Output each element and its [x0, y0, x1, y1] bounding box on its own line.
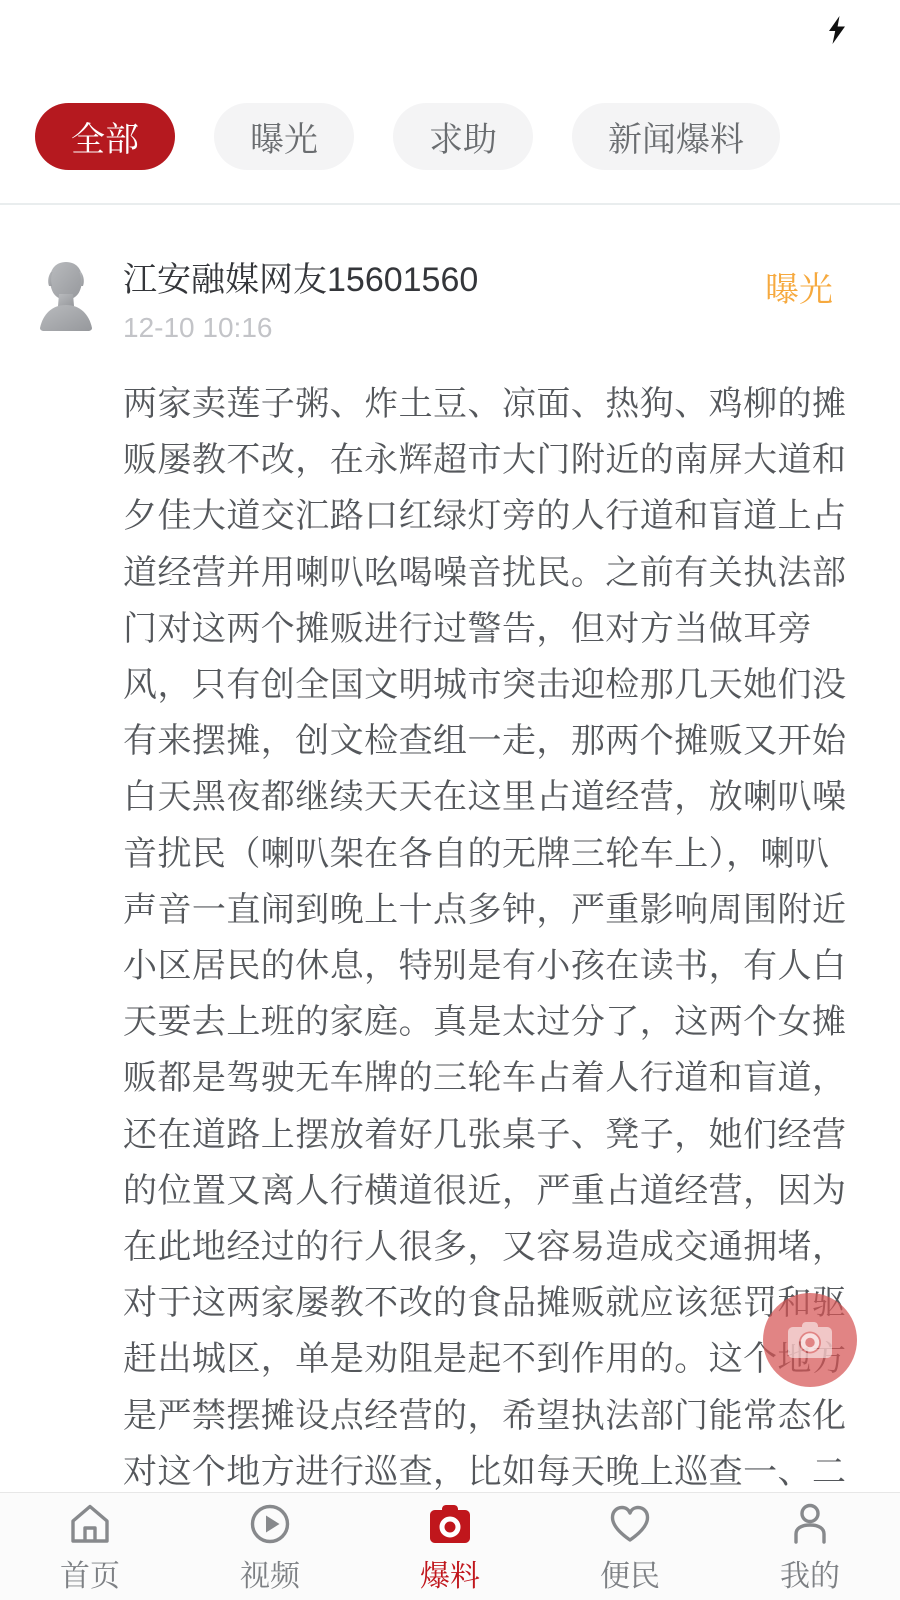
post-item[interactable]: 江安融媒网友15601560 12-10 10:16 曝光 两家卖莲子粥、炸土豆…	[0, 207, 900, 1500]
nav-item-report[interactable]: 爆料	[360, 1493, 540, 1600]
post-meta: 江安融媒网友15601560 12-10 10:16	[123, 258, 765, 344]
report-camera-fab[interactable]	[763, 1293, 857, 1387]
nav-item-profile[interactable]: 我的	[720, 1493, 900, 1600]
post-category-badge: 曝光	[765, 262, 845, 311]
post-body-line: 赶出城区，单是劝阻是起不到作用的。这个地方	[123, 1331, 847, 1387]
post-body-line: 音扰民（喇叭架在各自的无牌三轮车上），喇叭	[123, 826, 847, 882]
profile-icon	[786, 1500, 834, 1548]
nav-item-services[interactable]: 便民	[540, 1493, 720, 1600]
post-body-line: 两家卖莲子粥、炸土豆、凉面、热狗、鸡柳的摊	[123, 376, 847, 432]
post-body-line: 贩都是驾驶无车牌的三轮车占着人行道和盲道，	[123, 1050, 847, 1106]
post-body-line: 天要去上班的家庭。真是太过分了，这两个女摊	[123, 994, 847, 1050]
flash-icon	[826, 16, 848, 44]
post-body-line: 声音一直闹到晚上十点多钟，严重影响周围附近	[123, 882, 847, 938]
filter-tab-bar: 全部 曝光 求助 新闻爆料	[35, 103, 780, 170]
video-icon	[246, 1500, 294, 1548]
nav-label-home: 首页	[60, 1551, 120, 1595]
post-body-line: 是严禁摆摊设点经营的，希望执法部门能常态化	[123, 1388, 847, 1444]
nav-label-report: 爆料	[420, 1551, 480, 1595]
post-timestamp: 12-10 10:16	[123, 312, 765, 344]
post-body-line: 门对这两个摊贩进行过警告，但对方当做耳旁	[123, 601, 847, 657]
post-body-line: 小区居民的休息，特别是有小孩在读书，有人白	[123, 938, 847, 994]
camera-icon	[426, 1500, 474, 1548]
post-body-line: 贩屡教不改，在永辉超市大门附近的南屏大道和	[123, 432, 847, 488]
post-body-line: 夕佳大道交汇路口红绿灯旁的人行道和盲道上占	[123, 488, 847, 544]
heart-icon	[606, 1500, 654, 1548]
filter-tab-all[interactable]: 全部	[35, 103, 175, 170]
post-body-line: 有来摆摊，创文检查组一走，那两个摊贩又开始	[123, 713, 847, 769]
bottom-nav: 首页 视频 爆料 便民 我	[0, 1492, 900, 1600]
post-header: 江安融媒网友15601560 12-10 10:16 曝光	[38, 258, 845, 344]
filter-tab-news-tips[interactable]: 新闻爆料	[572, 103, 780, 170]
nav-label-profile: 我的	[780, 1551, 840, 1595]
post-body-line: 还在道路上摆放着好几张桌子、凳子，她们经营	[123, 1107, 847, 1163]
post-author: 江安融媒网友15601560	[123, 260, 765, 300]
app-screen: 全部 曝光 求助 新闻爆料 江安融媒网友15	[0, 0, 900, 1600]
post-body-line: 道经营并用喇叭吆喝噪音扰民。之前有关执法部	[123, 545, 847, 601]
post-body-line: 在此地经过的行人很多，又容易造成交通拥堵，	[123, 1219, 847, 1275]
home-icon	[66, 1500, 114, 1548]
post-body-line: 风，只有创全国文明城市突击迎检那几天她们没	[123, 657, 847, 713]
post-body-line: 的位置又离人行横道很近，严重占道经营，因为	[123, 1163, 847, 1219]
filter-tab-help[interactable]: 求助	[393, 103, 533, 170]
nav-label-services: 便民	[600, 1551, 660, 1595]
camera-icon	[785, 1318, 835, 1362]
nav-item-video[interactable]: 视频	[180, 1493, 360, 1600]
post-body-line: 对于这两家屡教不改的食品摊贩就应该惩罚和驱	[123, 1275, 847, 1331]
header-area: 全部 曝光 求助 新闻爆料	[0, 0, 900, 205]
filter-tab-exposure[interactable]: 曝光	[214, 103, 354, 170]
post-body: 两家卖莲子粥、炸土豆、凉面、热狗、鸡柳的摊 贩屡教不改，在永辉超市大门附近的南屏…	[123, 376, 847, 1500]
nav-label-video: 视频	[240, 1551, 300, 1595]
post-body-line: 白天黑夜都继续天天在这里占道经营，放喇叭噪	[123, 769, 847, 825]
nav-item-home[interactable]: 首页	[0, 1493, 180, 1600]
avatar	[38, 258, 94, 332]
